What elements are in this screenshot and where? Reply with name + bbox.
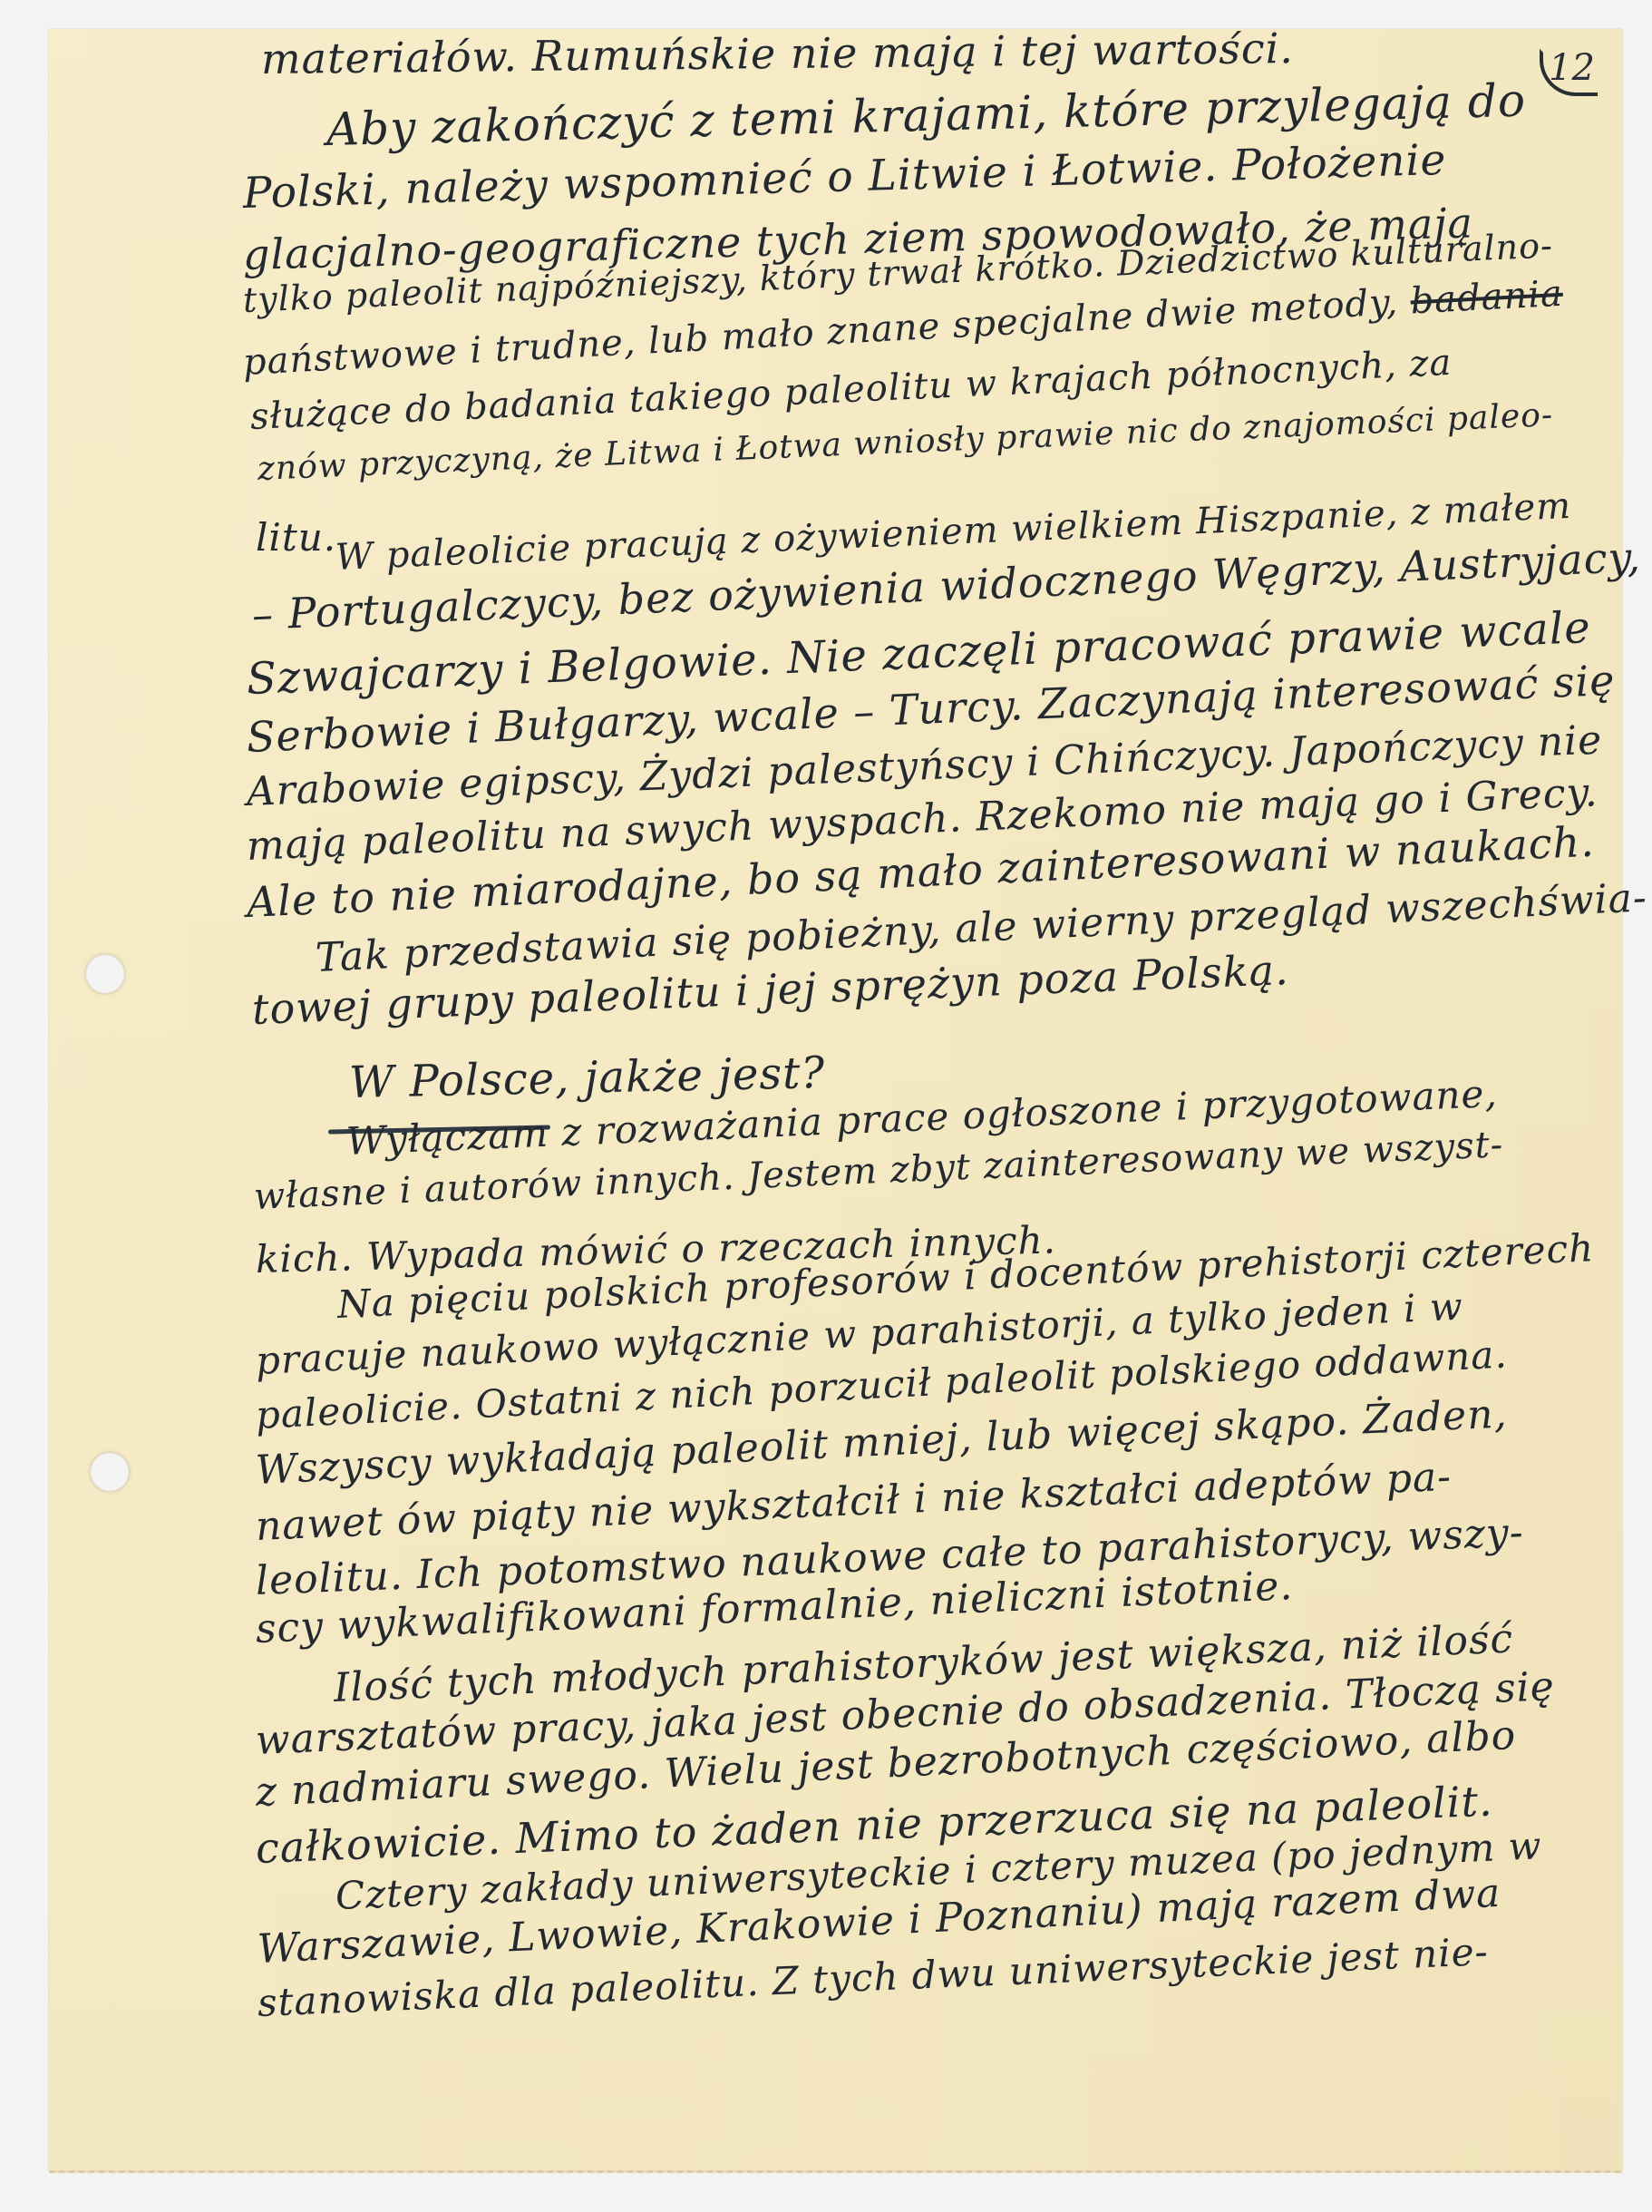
page-number: 12 [1549,47,1595,89]
text-line: materiałów. Rumuńskie nie mają i tej war… [261,27,1294,80]
section-heading: W Polsce, jakże jest? [348,1051,825,1105]
paper-torn-edge [49,2170,1622,2173]
punch-hole-upper [85,954,125,994]
punch-hole-lower [90,1452,130,1492]
text-line: litu. [256,519,336,557]
struck-out-word: badania [1409,273,1563,323]
